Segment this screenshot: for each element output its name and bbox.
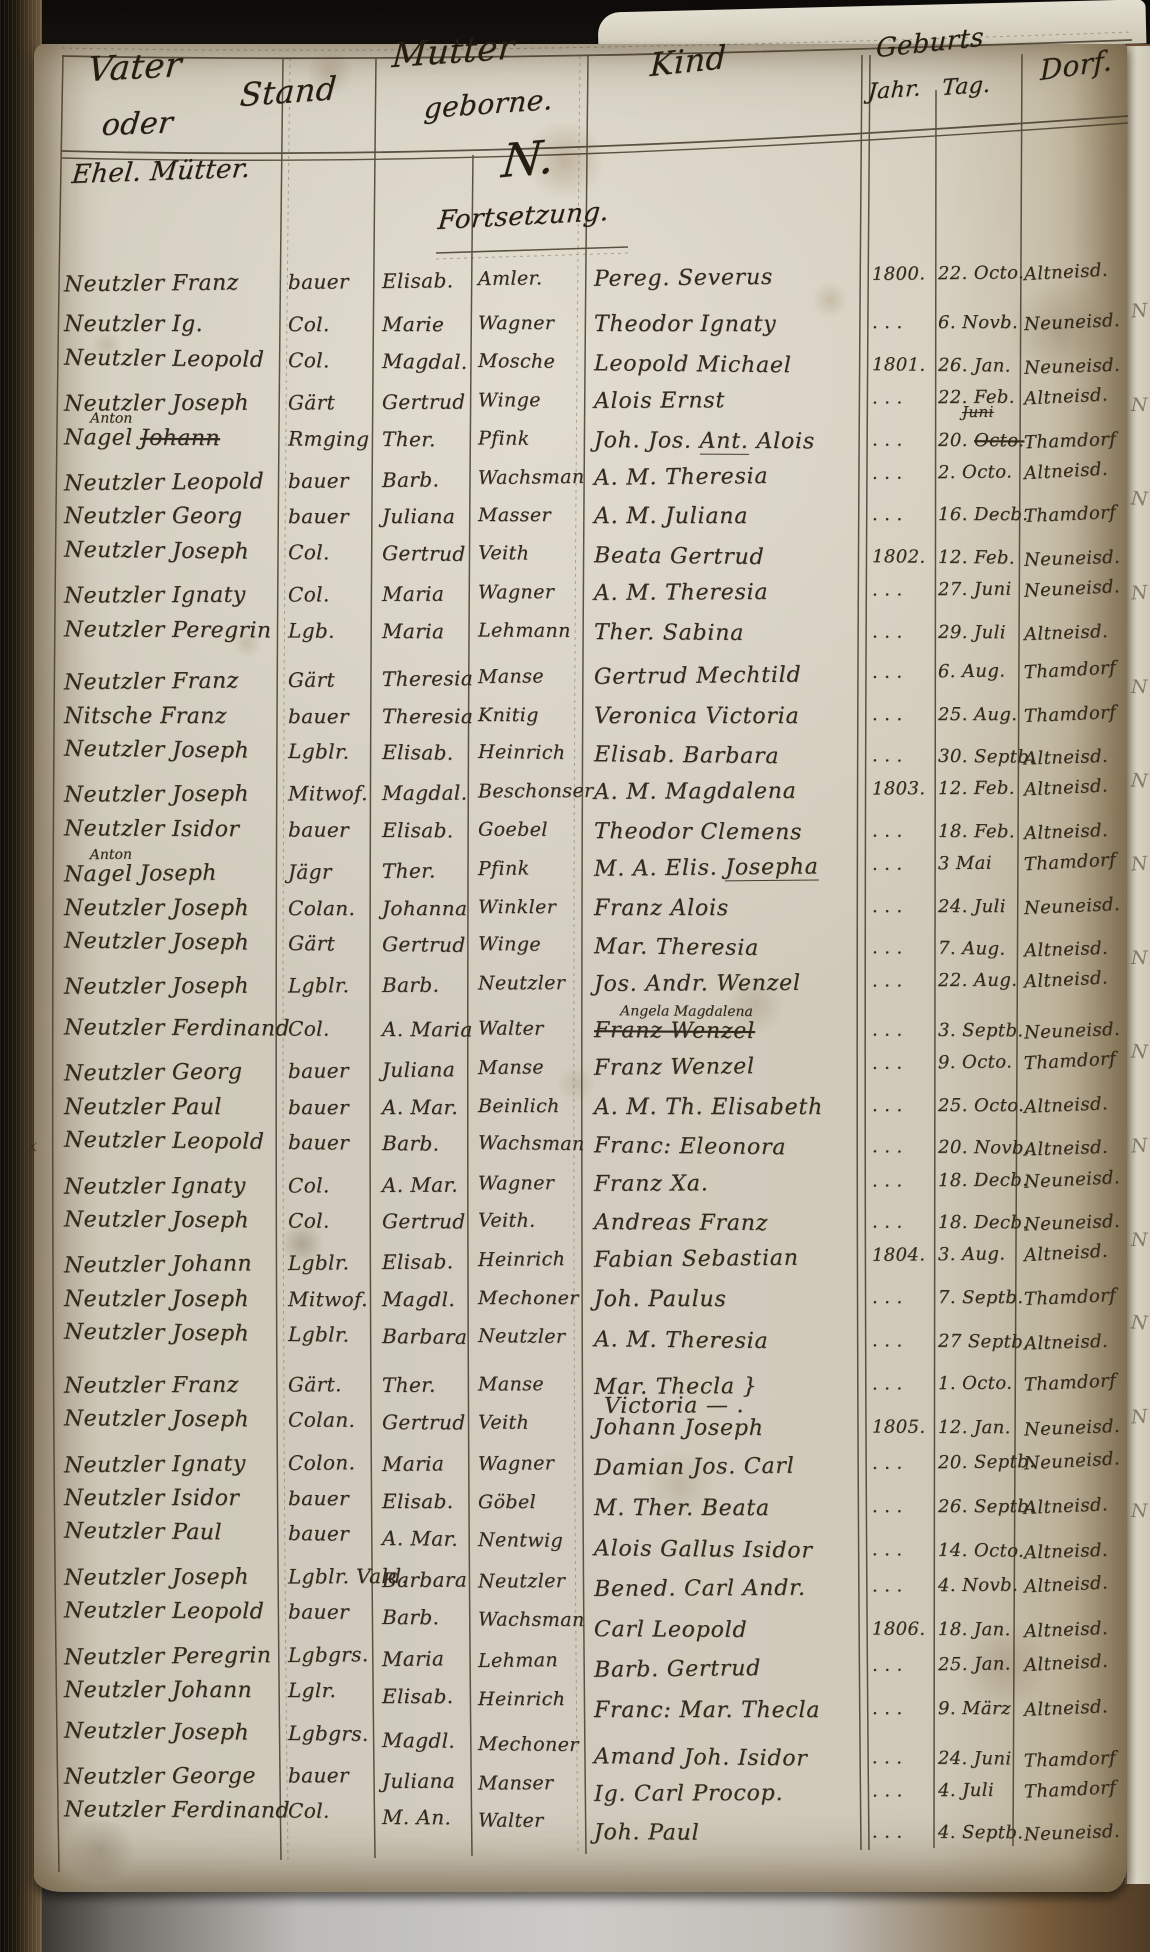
cell-father-name: Neutzler Peregrin	[64, 617, 272, 643]
register-row: Neutzler JosephLgblr.BarbaraNeutzlerA. M…	[0, 1319, 1150, 1371]
cell-birth-year: . . .	[872, 429, 903, 450]
cell-stand: bauer	[288, 269, 349, 294]
cell-village: Altneisd.	[1023, 459, 1108, 485]
cell-mother-given: Johanna	[382, 896, 467, 920]
cell-child-name: Mar. Theresia	[594, 934, 759, 961]
cell-mother-surname: Veith.	[478, 1209, 536, 1231]
edge-letter: N	[1131, 1229, 1148, 1251]
cell-mother-surname: Wachsman	[478, 1132, 585, 1155]
cell-birth-day: 3. Septb.	[938, 1020, 1024, 1041]
cell-father-name: Neutzler Franz	[64, 669, 239, 696]
cell-stand: Colan.	[288, 896, 355, 920]
cell-mother-given: Maria	[382, 582, 444, 606]
cell-child-name: A. M. Th. Elisabeth	[594, 1095, 823, 1120]
cell-mother-surname: Masser	[478, 504, 551, 526]
cell-father-name: Neutzler Joseph	[64, 1718, 249, 1745]
cell-father-name: Neutzler Paul	[64, 1095, 222, 1120]
cell-mother-given: Barbara	[382, 1324, 467, 1349]
cell-mother-surname: Mosche	[478, 350, 555, 373]
cell-village: Thamdorf	[1023, 1049, 1116, 1075]
cell-birth-year: . . .	[872, 1330, 903, 1351]
cell-stand: Mitwof.	[288, 1287, 368, 1311]
cell-village: Thamdorf	[1024, 1370, 1117, 1395]
cell-mother-given: Maria	[382, 619, 444, 643]
cell-father-name: Nagel JohannAnton	[64, 425, 220, 451]
cell-mother-surname: Wachsman	[478, 1609, 585, 1632]
cell-birth-year: . . .	[872, 1053, 903, 1074]
cell-father-name: Neutzler Joseph	[64, 737, 249, 764]
cell-birth-day: 18. Feb.	[938, 821, 1015, 842]
cell-mother-given: A. Mar.	[382, 1095, 458, 1119]
cell-father-name: Neutzler Ignaty	[64, 583, 246, 609]
cell-birth-year: . . .	[872, 1212, 903, 1233]
cell-birth-year: . . .	[872, 745, 903, 766]
cell-mother-surname: Göbel	[478, 1491, 536, 1513]
edge-letter: N	[1131, 394, 1148, 416]
cell-child-name: Andreas Franz	[594, 1210, 768, 1236]
cell-child-name: Jos. Andr. Wenzel	[594, 971, 801, 997]
cell-mother-surname: Walter	[478, 1810, 544, 1832]
cell-mother-surname: Heinrich	[478, 1248, 566, 1271]
cell-village: Neuneisd.	[1024, 1821, 1121, 1846]
cell-father-name: Neutzler George	[64, 1764, 256, 1790]
cell-child-name: Veronica Victoria	[594, 704, 800, 729]
cell-stand: bauer	[288, 817, 349, 841]
cell-mother-surname: Wagner	[478, 1172, 554, 1194]
edge-letter: N	[1130, 1040, 1148, 1063]
cell-father-name: Nitsche Franz	[64, 704, 227, 729]
cell-village: Thamdorf	[1024, 502, 1117, 527]
cell-birth-day: 1. Octo.	[938, 1373, 1013, 1394]
cell-mother-given: Maria	[382, 1451, 445, 1476]
cell-birth-day: 2. Octo.	[938, 461, 1013, 483]
cell-birth-day: 24. Juli	[938, 896, 1006, 917]
cell-mother-surname: Amler.	[478, 267, 543, 290]
cell-father-name: Neutzler Joseph	[64, 1287, 249, 1312]
cell-mother-surname: Heinrich	[478, 1688, 565, 1710]
cell-village: Neuneisd.	[1024, 1416, 1121, 1441]
cell-mother-given: Juliana	[382, 1058, 455, 1083]
cell-mother-surname: Veith	[478, 542, 529, 565]
register-row: Neutzler PeregrinLgb.MariaLehmannTher. S…	[0, 617, 1150, 663]
cell-stand: bauer	[288, 1600, 349, 1624]
cell-child-name: Joh. Paulus	[594, 1287, 727, 1312]
cell-mother-given: Barb.	[382, 1131, 440, 1156]
cell-birth-year: . . .	[872, 1496, 903, 1517]
cell-mother-surname: Nentwig	[478, 1529, 563, 1552]
cell-child-name: M. A. Elis. Josepha	[594, 855, 819, 882]
cell-child-name: Joh. Jos. Ant. Alois	[594, 428, 815, 454]
cell-birth-year: . . .	[872, 704, 903, 725]
cell-mother-surname: Neutzler	[478, 972, 565, 994]
cell-birth-year: . . .	[872, 1575, 903, 1596]
cell-stand: Col.	[288, 1173, 330, 1197]
cell-father-name: Neutzler Joseph	[64, 1207, 249, 1233]
cell-village: Altneisd.	[1023, 385, 1108, 410]
edge-letter: N	[1131, 1500, 1148, 1522]
cell-mother-given: A. Maria	[382, 1017, 473, 1041]
cell-stand: Col.	[288, 1799, 330, 1823]
cell-stand: Gärt	[288, 390, 335, 414]
cell-village: Neuneisd.	[1024, 354, 1121, 378]
cell-mother-given: Elisab.	[382, 1489, 454, 1513]
cell-child-name: Franc: Eleonora	[594, 1133, 786, 1160]
cell-birth-day: 30. Septb.	[938, 746, 1036, 768]
cell-village: Neuneisd.	[1024, 1211, 1121, 1236]
cell-birth-year: . . .	[872, 820, 903, 841]
cell-birth-year: . . .	[872, 937, 903, 958]
cell-mother-surname: Manser	[478, 1772, 554, 1794]
cell-stand: Lglr.	[288, 1678, 336, 1702]
cell-birth-year: . . .	[872, 621, 903, 642]
cell-stand: bauer	[288, 504, 349, 528]
edge-letter: N	[1130, 299, 1148, 322]
cell-birth-day: 18. Decb.	[938, 1212, 1028, 1233]
cell-birth-day: 27 Septb.	[938, 1331, 1029, 1353]
cell-mother-surname: Winge	[478, 389, 541, 411]
cell-father-name: Neutzler Georg	[64, 1060, 243, 1087]
cell-stand: Lgbgrs.	[288, 1642, 369, 1667]
cell-birth-day: 4. Juli	[938, 1780, 994, 1801]
cell-birth-day: 9. März	[938, 1698, 1011, 1719]
cell-birth-year: 1803.	[872, 779, 926, 800]
cell-village: Altneisd.	[1024, 1572, 1109, 1597]
cell-village: Altneisd.	[1024, 1650, 1109, 1676]
cell-mother-surname: Heinrich	[478, 741, 566, 764]
cell-birth-day: 22. Aug.	[938, 970, 1017, 991]
cell-child-name: Alois Ernst	[594, 388, 725, 414]
cell-father-name: Neutzler Leopold	[64, 1599, 264, 1625]
cell-child-name: Franz Wenzel	[594, 1055, 755, 1082]
cell-birth-year: . . .	[872, 1095, 903, 1116]
cell-child-name: Gertrud Mechtild	[594, 663, 802, 690]
cell-birth-day: 29. Juli	[938, 621, 1006, 642]
cell-village: Altneisd.	[1024, 1696, 1109, 1721]
cell-father-name: Neutzler Isidor	[64, 816, 239, 842]
cell-birth-year: . . .	[872, 854, 903, 875]
cell-birth-day: 7. Septb.	[938, 1287, 1023, 1308]
cell-birth-year: . . .	[872, 579, 903, 600]
cell-stand: bauer	[288, 1763, 349, 1787]
cell-father-name: Neutzler Joseph	[64, 1320, 249, 1347]
cell-stand: Colon.	[288, 1450, 356, 1475]
cell-child-name: Franz WenzelAngela Magdalena	[594, 1018, 755, 1044]
cell-mother-given: Gertrud	[382, 390, 466, 414]
next-page-partial-letters: NNNNNNNNNNNNNN	[1129, 0, 1150, 1952]
cell-child-name: Franz Xa.	[594, 1171, 709, 1197]
cell-birth-year: . . .	[872, 1170, 903, 1191]
cell-village: Thamdorf	[1023, 658, 1116, 684]
cell-mother-surname: Manse	[478, 1057, 544, 1080]
cell-child-name: A. M. Theresia	[594, 1327, 769, 1354]
cell-stand: Col.	[288, 312, 330, 336]
cell-birth-day: 12. Jan.	[938, 1417, 1011, 1438]
cell-child-name: Bened. Carl Andr.	[594, 1576, 806, 1602]
cell-mother-given: A. Mar.	[382, 1526, 458, 1551]
cell-village: Altneisd.	[1024, 1331, 1109, 1355]
cell-stand: bauer	[288, 704, 349, 728]
cell-father-name: Nagel JosephAnton	[64, 861, 217, 888]
edge-letter: N	[1130, 1311, 1148, 1334]
cell-stand: Gärt.	[288, 1372, 342, 1396]
cell-birth-year: 1804.	[872, 1245, 926, 1267]
cell-stand: Colan.	[288, 1408, 355, 1432]
cell-stand: Mitwof.	[288, 781, 368, 805]
edge-letter: N	[1130, 1405, 1148, 1428]
cell-birth-year: 1801.	[872, 354, 926, 376]
cell-child-name: A. M. Magdalena	[594, 779, 797, 805]
cell-stand: Col.	[288, 348, 330, 372]
cell-stand: Rmging	[288, 426, 369, 450]
cell-mother-given: Ther.	[382, 427, 436, 451]
cell-child-name: M. Ther. Beata	[594, 1496, 770, 1521]
cell-mother-surname: Wachsman	[478, 466, 585, 489]
cell-father-name: Neutzler Leopold	[64, 1128, 264, 1155]
cell-mother-given: Barbara	[382, 1568, 467, 1592]
cell-birth-day: 20. Septb.	[938, 1451, 1036, 1473]
cell-village: Thamdorf	[1024, 1777, 1117, 1802]
cell-mother-given: Ther.	[382, 859, 436, 884]
cell-mother-given: Barb.	[382, 467, 440, 492]
cell-birth-day: 12. Feb.	[938, 778, 1015, 799]
cell-mother-surname: Manse	[478, 666, 544, 689]
edge-letter: N	[1130, 581, 1148, 604]
cell-birth-day: 18. Decb.	[938, 1169, 1028, 1190]
cell-father-name: Neutzler Leopold	[64, 469, 264, 496]
cell-child-name: Fabian Sebastian	[594, 1246, 799, 1273]
cell-stand: Lgblr.	[288, 1251, 350, 1276]
cell-stand: Gärt	[288, 668, 335, 692]
cell-mother-given: Gertrud	[382, 1209, 466, 1233]
cell-birth-year: . . .	[872, 387, 903, 408]
cell-birth-day: 7. Aug.	[938, 938, 1006, 960]
cell-birth-year: . . .	[872, 1698, 903, 1719]
cell-mother-surname: Beschonser	[478, 780, 594, 803]
cell-child-name: A. M. Theresia	[594, 464, 769, 491]
cell-child-name: Ther. Sabina	[594, 620, 744, 646]
cell-child-name: Johann Joseph	[594, 1415, 764, 1441]
cell-village: Altneisd.	[1024, 1494, 1109, 1519]
cell-father-name: Neutzler Franz	[64, 270, 239, 297]
register-photo: Vater oder Stand Mutter geborne. Kind Ge…	[0, 0, 1150, 1952]
cell-mother-surname: Goebel	[478, 818, 548, 840]
cell-father-name: Neutzler Leopold	[64, 345, 264, 372]
cell-stand: Jägr	[288, 860, 332, 884]
cell-father-name: Neutzler Joseph	[64, 782, 249, 808]
cell-stand: Lgblr.	[288, 974, 350, 998]
cell-birth-day: 3. Aug.	[938, 1244, 1006, 1266]
cell-child-name: Elisab. Barbara	[594, 742, 780, 769]
cell-mother-given: Elisab.	[382, 1250, 454, 1275]
cell-father-name: Neutzler Joseph	[64, 896, 249, 921]
cell-village: Neuneisd.	[1023, 1448, 1120, 1474]
cell-birth-year: . . .	[872, 1287, 903, 1308]
cell-birth-year: . . .	[872, 1136, 903, 1157]
cell-birth-year: . . .	[872, 312, 903, 333]
cell-mother-given: Barb.	[382, 973, 439, 997]
cell-mother-surname: Lehmann	[478, 619, 571, 641]
cell-mother-given: Juliana	[382, 504, 455, 528]
cell-birth-year: . . .	[872, 971, 903, 992]
cell-birth-day: 20. Octo.	[938, 429, 1024, 450]
cell-birth-year: . . .	[872, 1452, 903, 1473]
cell-village: Neuneisd.	[1023, 576, 1120, 602]
cell-mother-surname: Winge	[478, 933, 541, 956]
cell-child-name: Alois Gallus Isidor	[594, 1537, 813, 1564]
cell-father-name: Neutzler Joseph	[64, 1565, 249, 1591]
cell-birth-year: . . .	[872, 1540, 903, 1561]
cell-stand: bauer	[288, 1486, 349, 1510]
cell-village: Altneisd.	[1024, 820, 1109, 844]
cell-child-name: Pereg. Severus	[594, 265, 773, 292]
cell-mother-given: Theresia	[382, 666, 473, 691]
cell-mother-given: Elisab.	[382, 268, 454, 293]
cell-father-name: Neutzler Isidor	[64, 1486, 239, 1511]
cell-child-name: Theodor Ignaty	[594, 312, 776, 337]
cell-birth-day: 27. Juni	[938, 579, 1012, 600]
cell-father-name: Neutzler Joseph	[64, 537, 249, 564]
cell-birth-day: 26. Septb.	[938, 1496, 1035, 1517]
cell-mother-surname: Wagner	[478, 1452, 555, 1475]
edge-letter: N	[1131, 947, 1148, 969]
cell-mother-surname: Walter	[478, 1017, 544, 1039]
cell-stand: bauer	[288, 468, 349, 493]
cell-village: Thamdorf	[1024, 702, 1117, 727]
cell-stand: Col.	[288, 1208, 330, 1232]
cell-village: Thamdorf	[1024, 1285, 1117, 1310]
edge-letter: N	[1130, 487, 1148, 510]
cell-mother-surname: Neutzler	[478, 1570, 565, 1592]
cell-birth-year: . . .	[872, 463, 903, 484]
cell-birth-day: 6. Aug.	[938, 661, 1006, 683]
cell-village: Altneisd.	[1024, 938, 1109, 962]
cell-father-name: Neutzler Ignaty	[64, 1173, 246, 1199]
cell-village: Thamdorf	[1023, 850, 1116, 876]
cell-mother-surname: Winkler	[478, 896, 556, 918]
cell-birth-day: 9. Octo.	[938, 1052, 1013, 1074]
cell-birth-year: . . .	[872, 1822, 903, 1843]
cell-stand: bauer	[288, 1095, 349, 1119]
cell-birth-day: 25. Jan.	[938, 1653, 1011, 1675]
cell-village: Altneisd.	[1024, 1137, 1109, 1161]
cell-mother-given: Gertrud	[382, 1410, 466, 1434]
cell-birth-year: . . .	[872, 662, 903, 683]
cell-child-name: Leopold Michael	[594, 351, 792, 378]
cell-birth-day: 22. Octo.	[938, 262, 1024, 284]
cell-mother-surname: Knitig	[478, 704, 539, 726]
cell-birth-day: 25. Octo.	[938, 1095, 1024, 1116]
cell-child-name: Franc: Mar. Thecla	[594, 1698, 820, 1723]
cell-village: Neuneisd.	[1023, 1167, 1120, 1193]
cell-stand: Lgb.	[288, 618, 335, 642]
cell-mother-surname: Beinlich	[478, 1095, 560, 1117]
cell-child-name: Franz Alois	[594, 896, 729, 921]
register-row: Neutzler JohannLglr.Elisab.HeinrichFranc…	[0, 1678, 1150, 1718]
cell-mother-given: Magdl.	[382, 1728, 455, 1753]
cell-stand: Col.	[288, 1016, 330, 1040]
cell-village: Thamdorf	[1024, 428, 1117, 453]
cell-mother-given: Juliana	[382, 1769, 455, 1793]
cell-stand: Lgblr.	[288, 739, 350, 764]
cell-birth-year: . . .	[872, 504, 903, 525]
cell-mother-surname: Wagner	[478, 581, 554, 603]
cell-father-name: Neutzler Ferdinand	[64, 1798, 290, 1824]
cell-stand: bauer	[288, 1130, 349, 1155]
rows: Neutzler FranzbauerElisab.Amler.Pereg. S…	[0, 0, 1150, 1952]
cell-father-name: Neutzler Ig.	[64, 312, 203, 337]
cell-father-name: Neutzler Joseph	[64, 1407, 249, 1433]
cell-mother-given: Maria	[382, 1646, 445, 1671]
register-row: Neutzler FranzbauerElisab.Amler.Pereg. S…	[0, 261, 1150, 313]
cell-village: Neuneisd.	[1024, 546, 1121, 570]
cell-birth-day: 12. Feb.	[938, 547, 1015, 569]
cell-birth-year: . . .	[872, 896, 903, 917]
cell-birth-day: 20. Novb.	[938, 1137, 1030, 1159]
cell-birth-year: . . .	[872, 1373, 903, 1394]
cell-father-name: Neutzler Johann	[64, 1678, 252, 1703]
cell-mother-given: Magdal.	[382, 781, 468, 805]
cell-father-name: Neutzler Johann	[64, 1252, 252, 1279]
cell-stand: Col.	[288, 582, 330, 606]
cell-birth-day: 26. Jan.	[938, 355, 1011, 377]
cell-father-name: Neutzler Paul	[64, 1519, 222, 1546]
cell-village: Altneisd.	[1024, 621, 1109, 645]
cell-birth-day: 25. Aug.	[938, 704, 1017, 725]
cell-mother-given: A. Mar.	[382, 1172, 458, 1196]
cell-mother-surname: Neutzler	[478, 1325, 566, 1348]
cell-child-name: Theodor Clemens	[594, 819, 802, 845]
cell-father-name: Neutzler Joseph	[64, 929, 249, 956]
cell-birth-day: 4. Septb.	[938, 1822, 1024, 1843]
cell-father-name: Neutzler Peregrin	[64, 1643, 272, 1670]
cell-mother-given: Marie	[382, 312, 444, 336]
cell-mother-given: Theresia	[382, 704, 473, 728]
cell-mother-given: Barb.	[382, 1605, 439, 1629]
edge-letter: N	[1131, 676, 1148, 698]
cell-birth-day: 22. Feb.Juni	[938, 387, 1015, 408]
cell-mother-surname: Wagner	[478, 312, 554, 334]
edge-letter: N	[1130, 852, 1148, 875]
cell-stand: Lgbgrs.	[288, 1721, 369, 1746]
cell-stand: Col.	[288, 540, 330, 564]
cell-stand: Lgblr.	[288, 1322, 350, 1347]
cell-mother-surname: Mechoner	[478, 1733, 579, 1756]
cell-father-name: Neutzler Ferdinand	[64, 1015, 290, 1041]
cell-birth-year: . . .	[872, 1020, 903, 1041]
cell-child-name: Damian Jos. Carl	[594, 1453, 795, 1480]
cell-birth-year: 1800.	[872, 263, 926, 285]
cell-child-name: Beata Gertrud	[594, 543, 765, 570]
cell-mother-given: Elisab.	[382, 818, 454, 842]
register-row: Neutzler FerdinandCol.M. An.WalterJoh. P…	[0, 1797, 1150, 1843]
cell-mother-given: Magdal.	[382, 349, 468, 374]
cell-mother-surname: Mechoner	[478, 1287, 579, 1309]
register-row: Neutzler JosephLgblr.Barb.NeutzlerJos. A…	[0, 969, 1150, 1015]
cell-stand: bauer	[288, 1521, 349, 1546]
cell-birth-year: 1805.	[872, 1417, 926, 1438]
cell-mother-given: Elisab.	[382, 1684, 454, 1708]
cell-mother-surname: Lehman	[478, 1649, 558, 1672]
cell-stand: Gärt	[288, 931, 335, 955]
cell-child-name: A. M. Juliana	[594, 504, 748, 529]
cell-village: Altneisd.	[1023, 776, 1108, 801]
cell-mother-surname: Pfink	[478, 427, 530, 449]
cell-village: Altneisd.	[1023, 968, 1108, 993]
cell-village: Neuneisd.	[1024, 894, 1121, 919]
cell-mother-given: M. An.	[382, 1805, 451, 1829]
cell-father-name: Neutzler Franz	[64, 1373, 239, 1399]
cell-birth-day: 3 Mai	[938, 853, 992, 875]
